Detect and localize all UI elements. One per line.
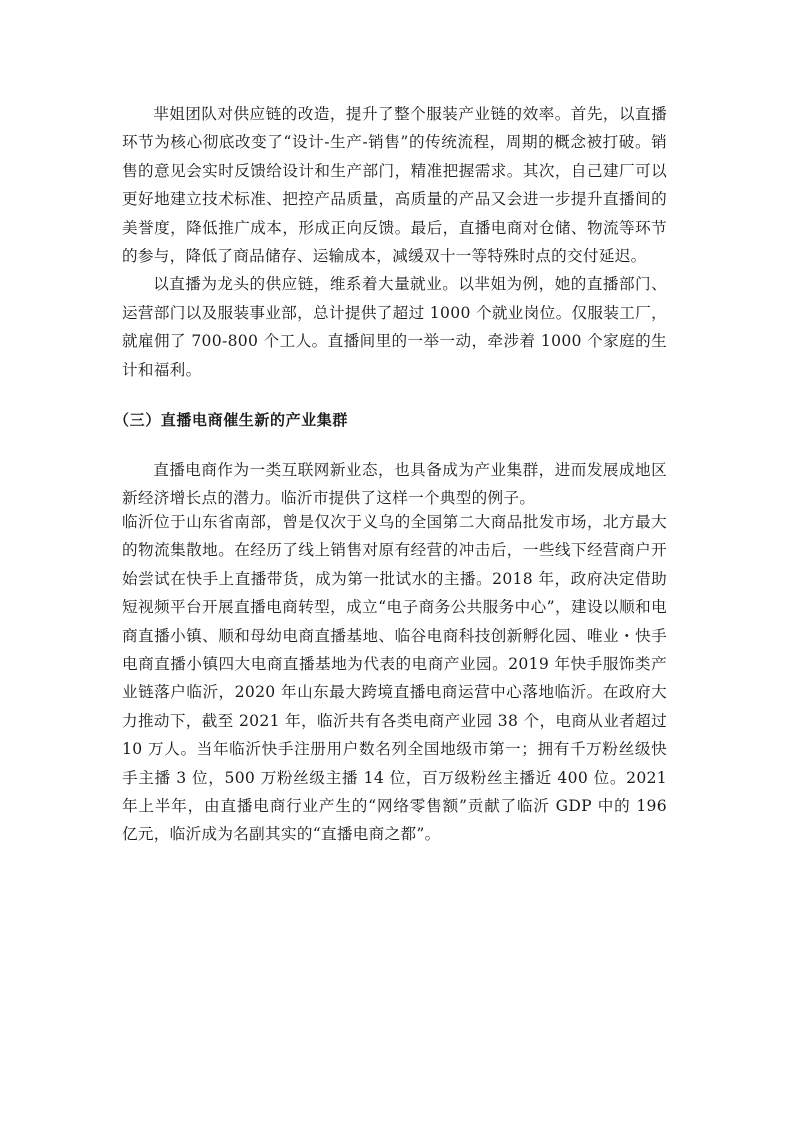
section-heading: （三）直播电商催生新的产业集群 — [114, 408, 667, 432]
paragraph-employment: 以直播为龙头的供应链，维系着大量就业。以芈姐为例，她的直播部门、运营部门以及服装… — [122, 270, 667, 384]
paragraph-supply-chain: 芈姐团队对供应链的改造，提升了整个服装产业链的效率。首先，以直播环节为核心彻底改… — [122, 100, 667, 270]
document-page: 芈姐团队对供应链的改造，提升了整个服装产业链的效率。首先，以直播环节为核心彻底改… — [122, 100, 667, 849]
paragraph-linyi-case: 临沂位于山东省南部，曾是仅次于义乌的全国第二大商品批发市场，北方最大的物流集散地… — [122, 508, 667, 849]
paragraph-industry-cluster-intro: 直播电商作为一类互联网新业态，也具备成为产业集群，进而发展成地区新经济增长点的潜… — [122, 456, 667, 513]
